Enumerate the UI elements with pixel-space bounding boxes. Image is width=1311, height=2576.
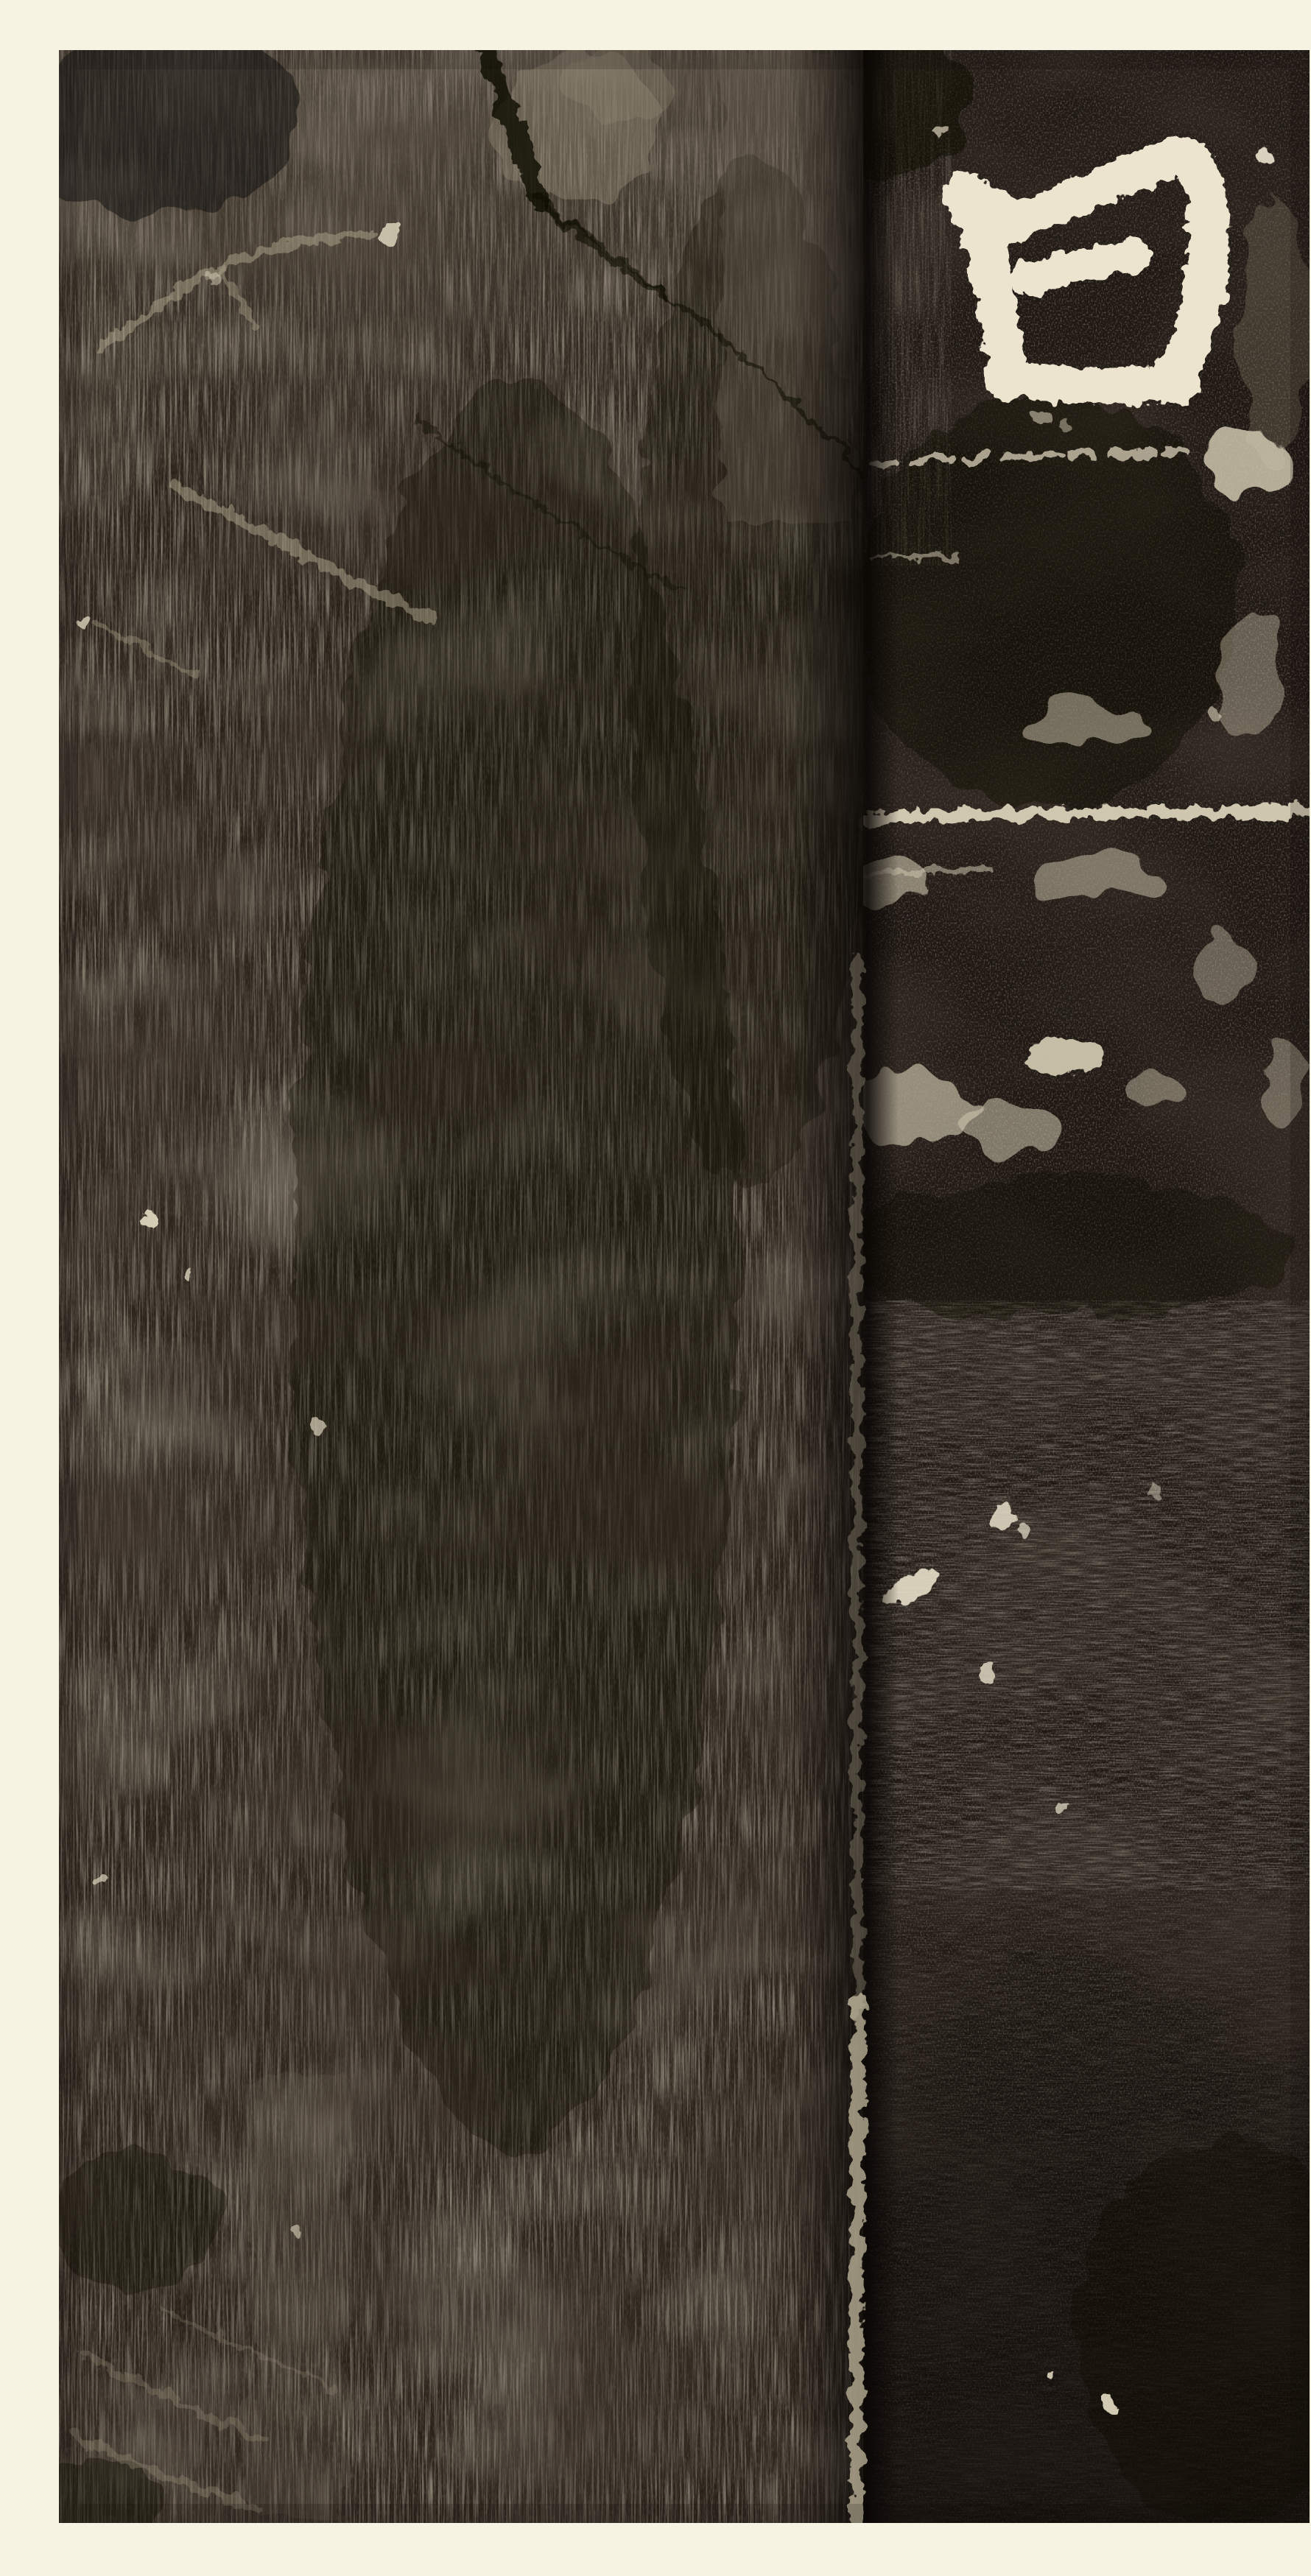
weave-blob bbox=[981, 1665, 997, 1681]
print-area bbox=[29, 19, 1311, 2541]
paper-fleck bbox=[1058, 420, 1069, 431]
paper-fleck bbox=[96, 1876, 105, 1885]
paper-fleck bbox=[938, 125, 947, 134]
paper-fleck bbox=[80, 616, 90, 627]
board-seam bbox=[788, 50, 899, 2523]
bottom-light-vertical-band bbox=[250, 2074, 346, 2519]
mottle-patch bbox=[1031, 855, 1164, 899]
mottle-patch bbox=[1197, 932, 1248, 1006]
paper-fleck bbox=[295, 2224, 306, 2236]
weave-band bbox=[863, 1301, 1310, 1890]
mottle-bird-blob bbox=[1027, 1037, 1104, 1075]
paper-fleck bbox=[310, 1421, 325, 1436]
paper-fleck bbox=[1035, 409, 1050, 424]
paper-fleck bbox=[207, 270, 220, 284]
rubbing-artwork: Ink rubbing of a weathered wooden board … bbox=[29, 12, 1311, 2564]
weave-blob bbox=[1015, 1522, 1031, 1538]
paper-fleck bbox=[182, 1270, 192, 1281]
paper-fleck bbox=[1099, 2394, 1117, 2412]
rubbing-image: Ink rubbing of a weathered wooden board … bbox=[29, 12, 1311, 2564]
paper-fleck bbox=[378, 222, 401, 246]
yue-bottom-bar bbox=[1012, 380, 1183, 386]
mottle-patch bbox=[1120, 1076, 1178, 1113]
scratch-end-bright-blob bbox=[1208, 426, 1289, 496]
mottle-patch bbox=[1219, 608, 1285, 741]
seam-shadow-band bbox=[788, 50, 899, 2523]
mottle-patch bbox=[1020, 702, 1145, 743]
weave-blob bbox=[1057, 1803, 1067, 1814]
weave-blob bbox=[1149, 1486, 1164, 1501]
character-dot bbox=[1256, 149, 1276, 169]
paper-fleck bbox=[1209, 709, 1221, 721]
paper-fleck bbox=[1047, 2370, 1055, 2379]
left-board-panel bbox=[29, 30, 884, 2541]
mottle-patch bbox=[957, 1098, 1061, 1157]
seam-highlight-lower bbox=[856, 2000, 859, 2519]
paper-fleck bbox=[140, 1213, 158, 1231]
weave-blob bbox=[991, 1504, 1015, 1527]
